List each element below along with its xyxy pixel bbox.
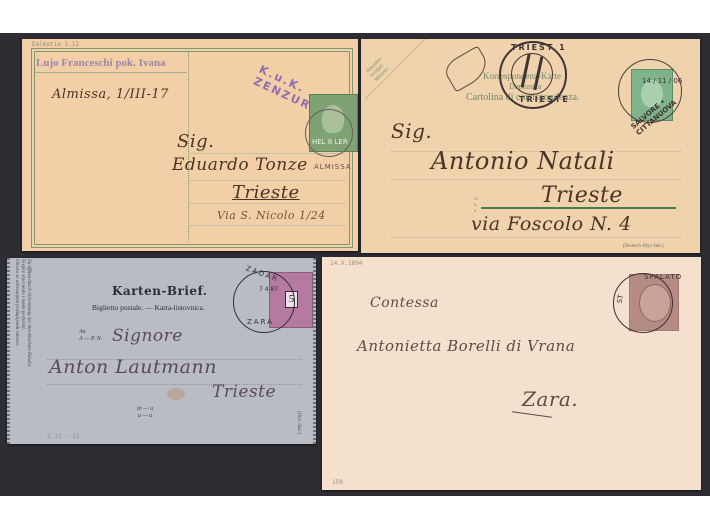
envelope-zara: 14.X.1894 Contessa Antonietta Borelli di…: [322, 257, 701, 490]
arrival-postmark-bottom: TRIESTE: [519, 95, 570, 104]
in-labels: in — u a — u: [137, 406, 153, 420]
postcard-almissa: Dalmatia 1.12 Lujo Franceschi pok. Ivana…: [22, 39, 358, 251]
address-salutation: Sig.: [177, 131, 214, 152]
address-salutation: Signore: [112, 326, 183, 346]
address-name: Antonio Natali: [431, 147, 615, 175]
postmark-bottom: ZARA: [247, 318, 274, 326]
address-city: Trieste: [232, 182, 300, 203]
address-name: Eduardo Tonze: [172, 155, 308, 175]
pen-flourish: [441, 46, 492, 93]
pencil-note: Z.11 — 12: [47, 433, 80, 440]
paper-stain: [167, 388, 185, 400]
address-line: [190, 225, 345, 226]
address-prefix: An A — P. N.: [79, 329, 102, 343]
address-name: Antonietta Borelli di Vrana: [357, 337, 575, 355]
sender-label: Absender: Pošiljač: Mittente:: [366, 56, 393, 83]
opening-instructions: Zu öffnen durch Abtrennung der durchloch…: [13, 259, 31, 439]
address-line: [391, 237, 681, 238]
postmark-top: SPALATO: [644, 273, 682, 281]
place-date: Almissa, 1/III-17: [52, 87, 169, 102]
postcard-korrespondenz: Absender: Pošiljač: Mittente: Korrespond…: [361, 39, 700, 253]
postmark-side: ST: [616, 294, 625, 304]
address-line: [190, 180, 345, 181]
address-street: via Foscolo N. 4: [471, 213, 632, 235]
address-city: Trieste: [541, 183, 623, 208]
address-line: [391, 179, 681, 180]
perforation: [313, 258, 316, 444]
address-city: Trieste: [212, 382, 276, 402]
perforation: [7, 258, 10, 444]
card-title: Karten-Brief.: [112, 284, 207, 298]
language-note: (Illyr.-Ital.): [296, 411, 301, 434]
arrival-postmark-top: TRIEST 1: [511, 43, 567, 52]
city-underline: [512, 411, 552, 418]
card-subtitle: Biglietto postale. — Karta-listovnica.: [92, 303, 205, 312]
postmark-date: 7 4 87: [259, 286, 278, 293]
pencil-note: Dalmatia 1.12: [32, 41, 79, 48]
letter-card-karten-brief: Zu öffnen durch Abtrennung der durchloch…: [7, 258, 316, 444]
sender-rule: [35, 72, 187, 73]
address-city: Zara.: [522, 387, 578, 411]
address-line: [190, 203, 345, 204]
address-salutation: Contessa: [370, 295, 439, 311]
address-salutation: Sig.: [391, 119, 432, 143]
printer-note: (Deutsch-Illyr.-Ital.): [623, 244, 664, 249]
corner-note: 159: [332, 479, 343, 486]
pencil-note: 14.X.1894: [330, 260, 363, 267]
sender-handstamp: Lujo Franceschi pok. Ivana: [36, 57, 166, 69]
postmark-text: ALMISSA: [314, 163, 352, 171]
address-street: Via S. Nicolo 1/24: [217, 209, 326, 222]
address-name: Anton Lautmann: [49, 356, 217, 378]
